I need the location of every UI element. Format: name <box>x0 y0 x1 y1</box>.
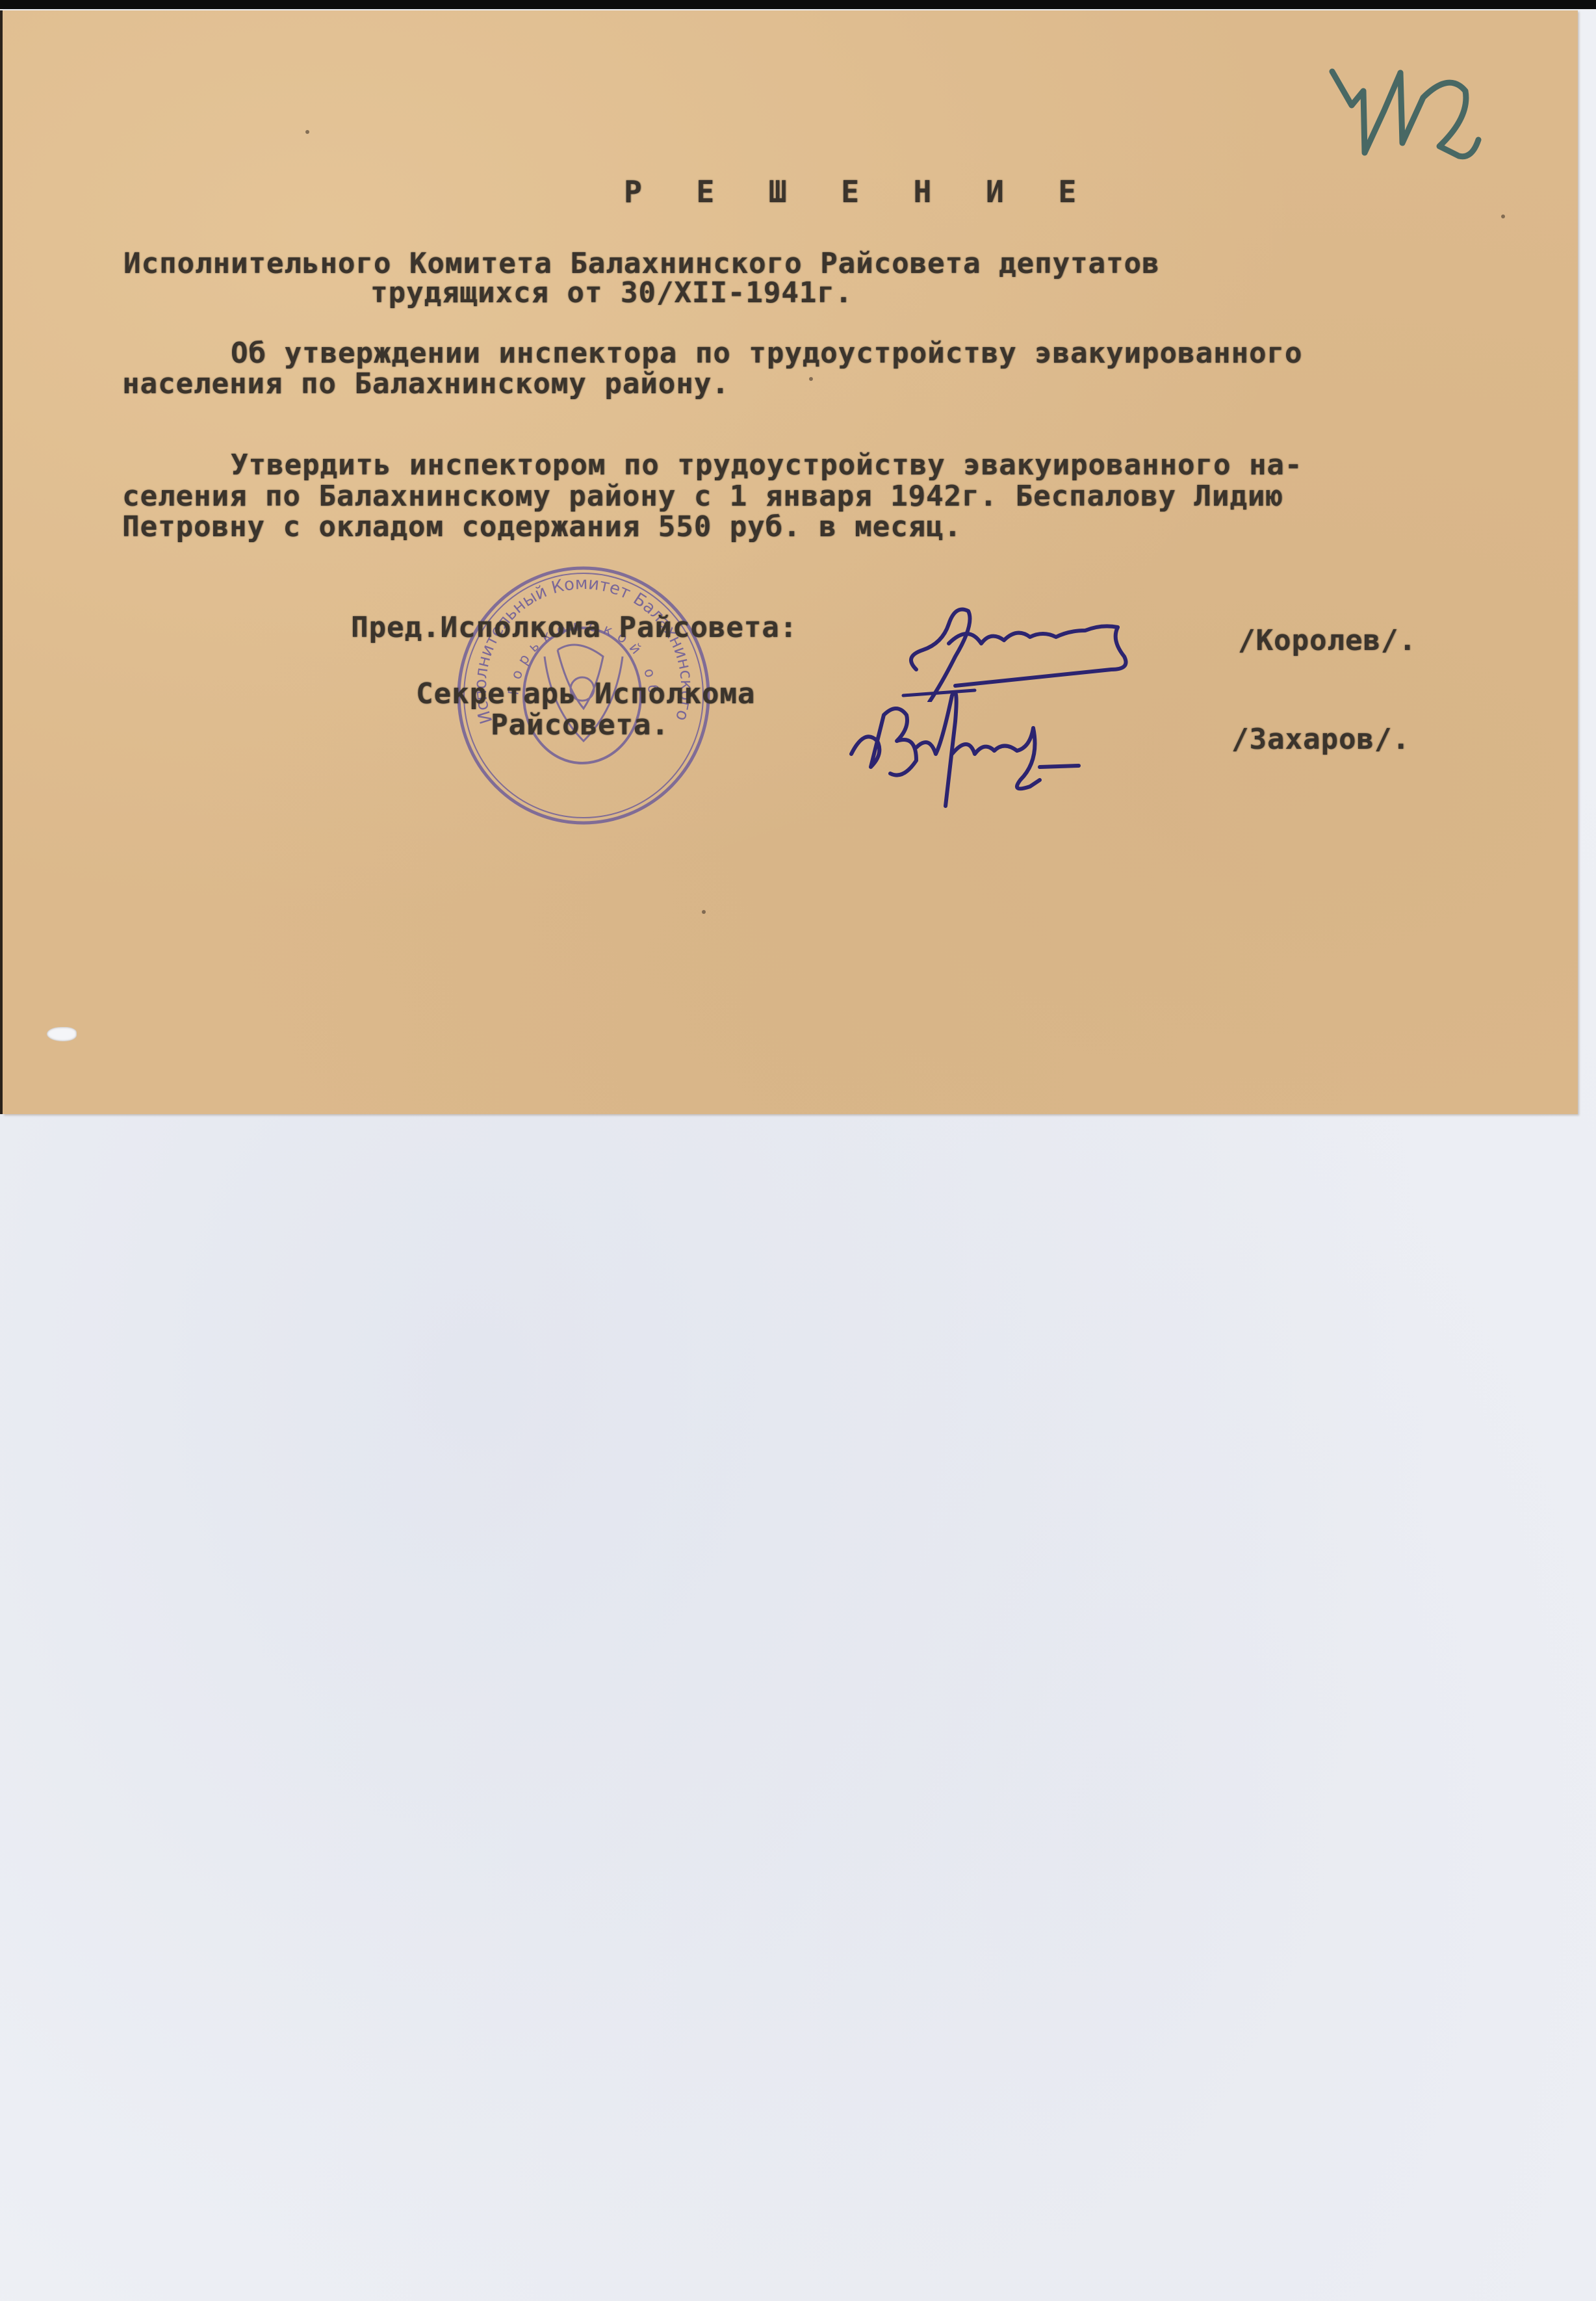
secretary-name: /Захаров/. <box>1231 723 1410 756</box>
scan-top-border <box>0 0 1596 9</box>
chair-name: /Королев/. <box>1238 624 1417 657</box>
header-line-1: Исполнительного Комитета Балахнинского Р… <box>123 247 1159 280</box>
secretary-signature <box>845 669 1118 812</box>
paper-fleck <box>702 910 706 914</box>
paper-fleck <box>305 130 309 134</box>
body-line-1: Утвердить инспектором по трудоустройству… <box>231 448 1302 482</box>
secretary-title-line-2: Райсовета. <box>491 708 669 742</box>
document-title: Р Е Ш Е Н И Е <box>624 174 1094 209</box>
scan-left-border <box>0 10 3 1114</box>
body-line-2: селения по Балахнинскому району с 1 янва… <box>122 480 1283 513</box>
paper-fleck <box>809 377 813 381</box>
subject-line-1: Об утверждении инспектора по трудоустрой… <box>231 337 1302 370</box>
header-line-2: трудящихся от 30/XII-1941г. <box>370 276 853 309</box>
subject-line-2: населения по Балахнинскому району. <box>122 367 730 400</box>
archive-page-number-handwritten <box>1326 65 1508 169</box>
paper-fleck <box>1501 214 1505 218</box>
punch-hole <box>47 1027 77 1041</box>
secretary-title-line-1: Секретарь Исполкома <box>416 677 755 710</box>
chair-title: Пред.Исполкома Райсовета: <box>351 611 797 644</box>
body-line-3: Петровну с окладом содержания 550 руб. в… <box>122 510 962 543</box>
